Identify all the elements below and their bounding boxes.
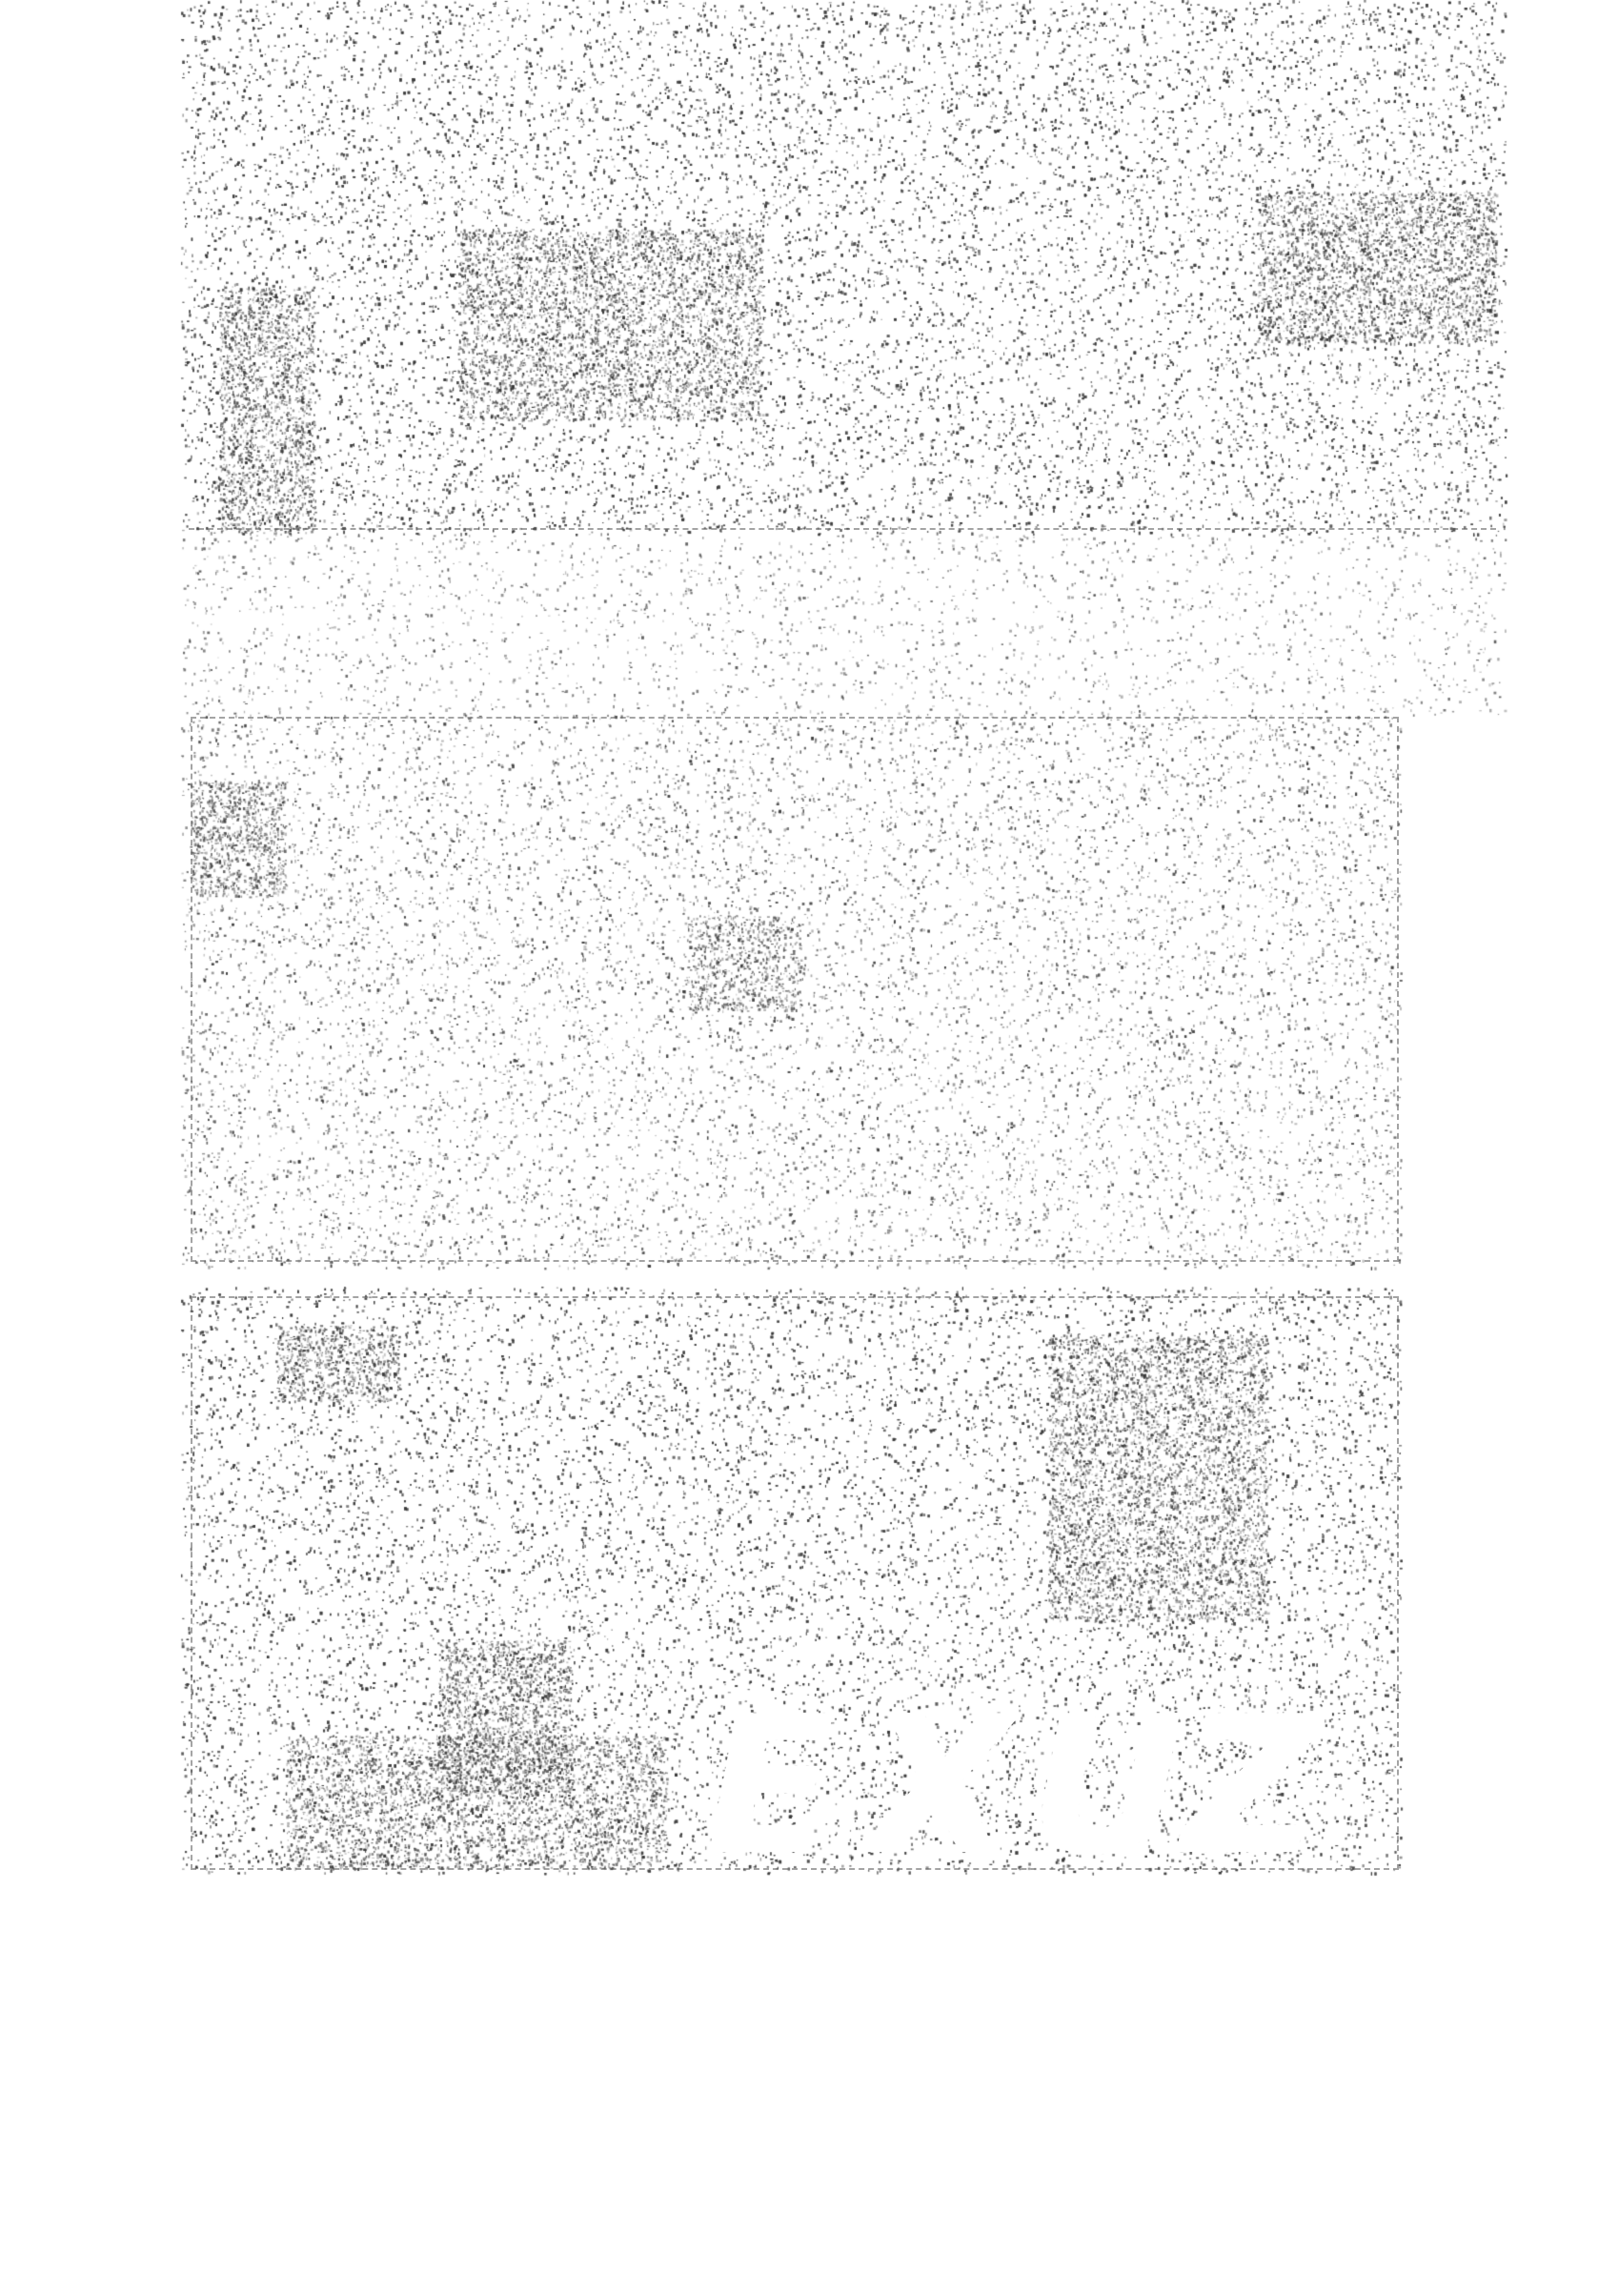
sound-effect-lettering: E X U Z	[705, 1697, 1372, 1878]
sfx-glyph: U	[1029, 1697, 1178, 1878]
sfx-glyph: E	[705, 1697, 830, 1878]
manga-page: E X U Z	[0, 0, 1598, 2296]
sfx-glyph: Z	[1182, 1697, 1314, 1878]
panel-middle	[191, 717, 1399, 1262]
sfx-glyph: X	[867, 1697, 1008, 1878]
panel-top	[189, 0, 1496, 530]
